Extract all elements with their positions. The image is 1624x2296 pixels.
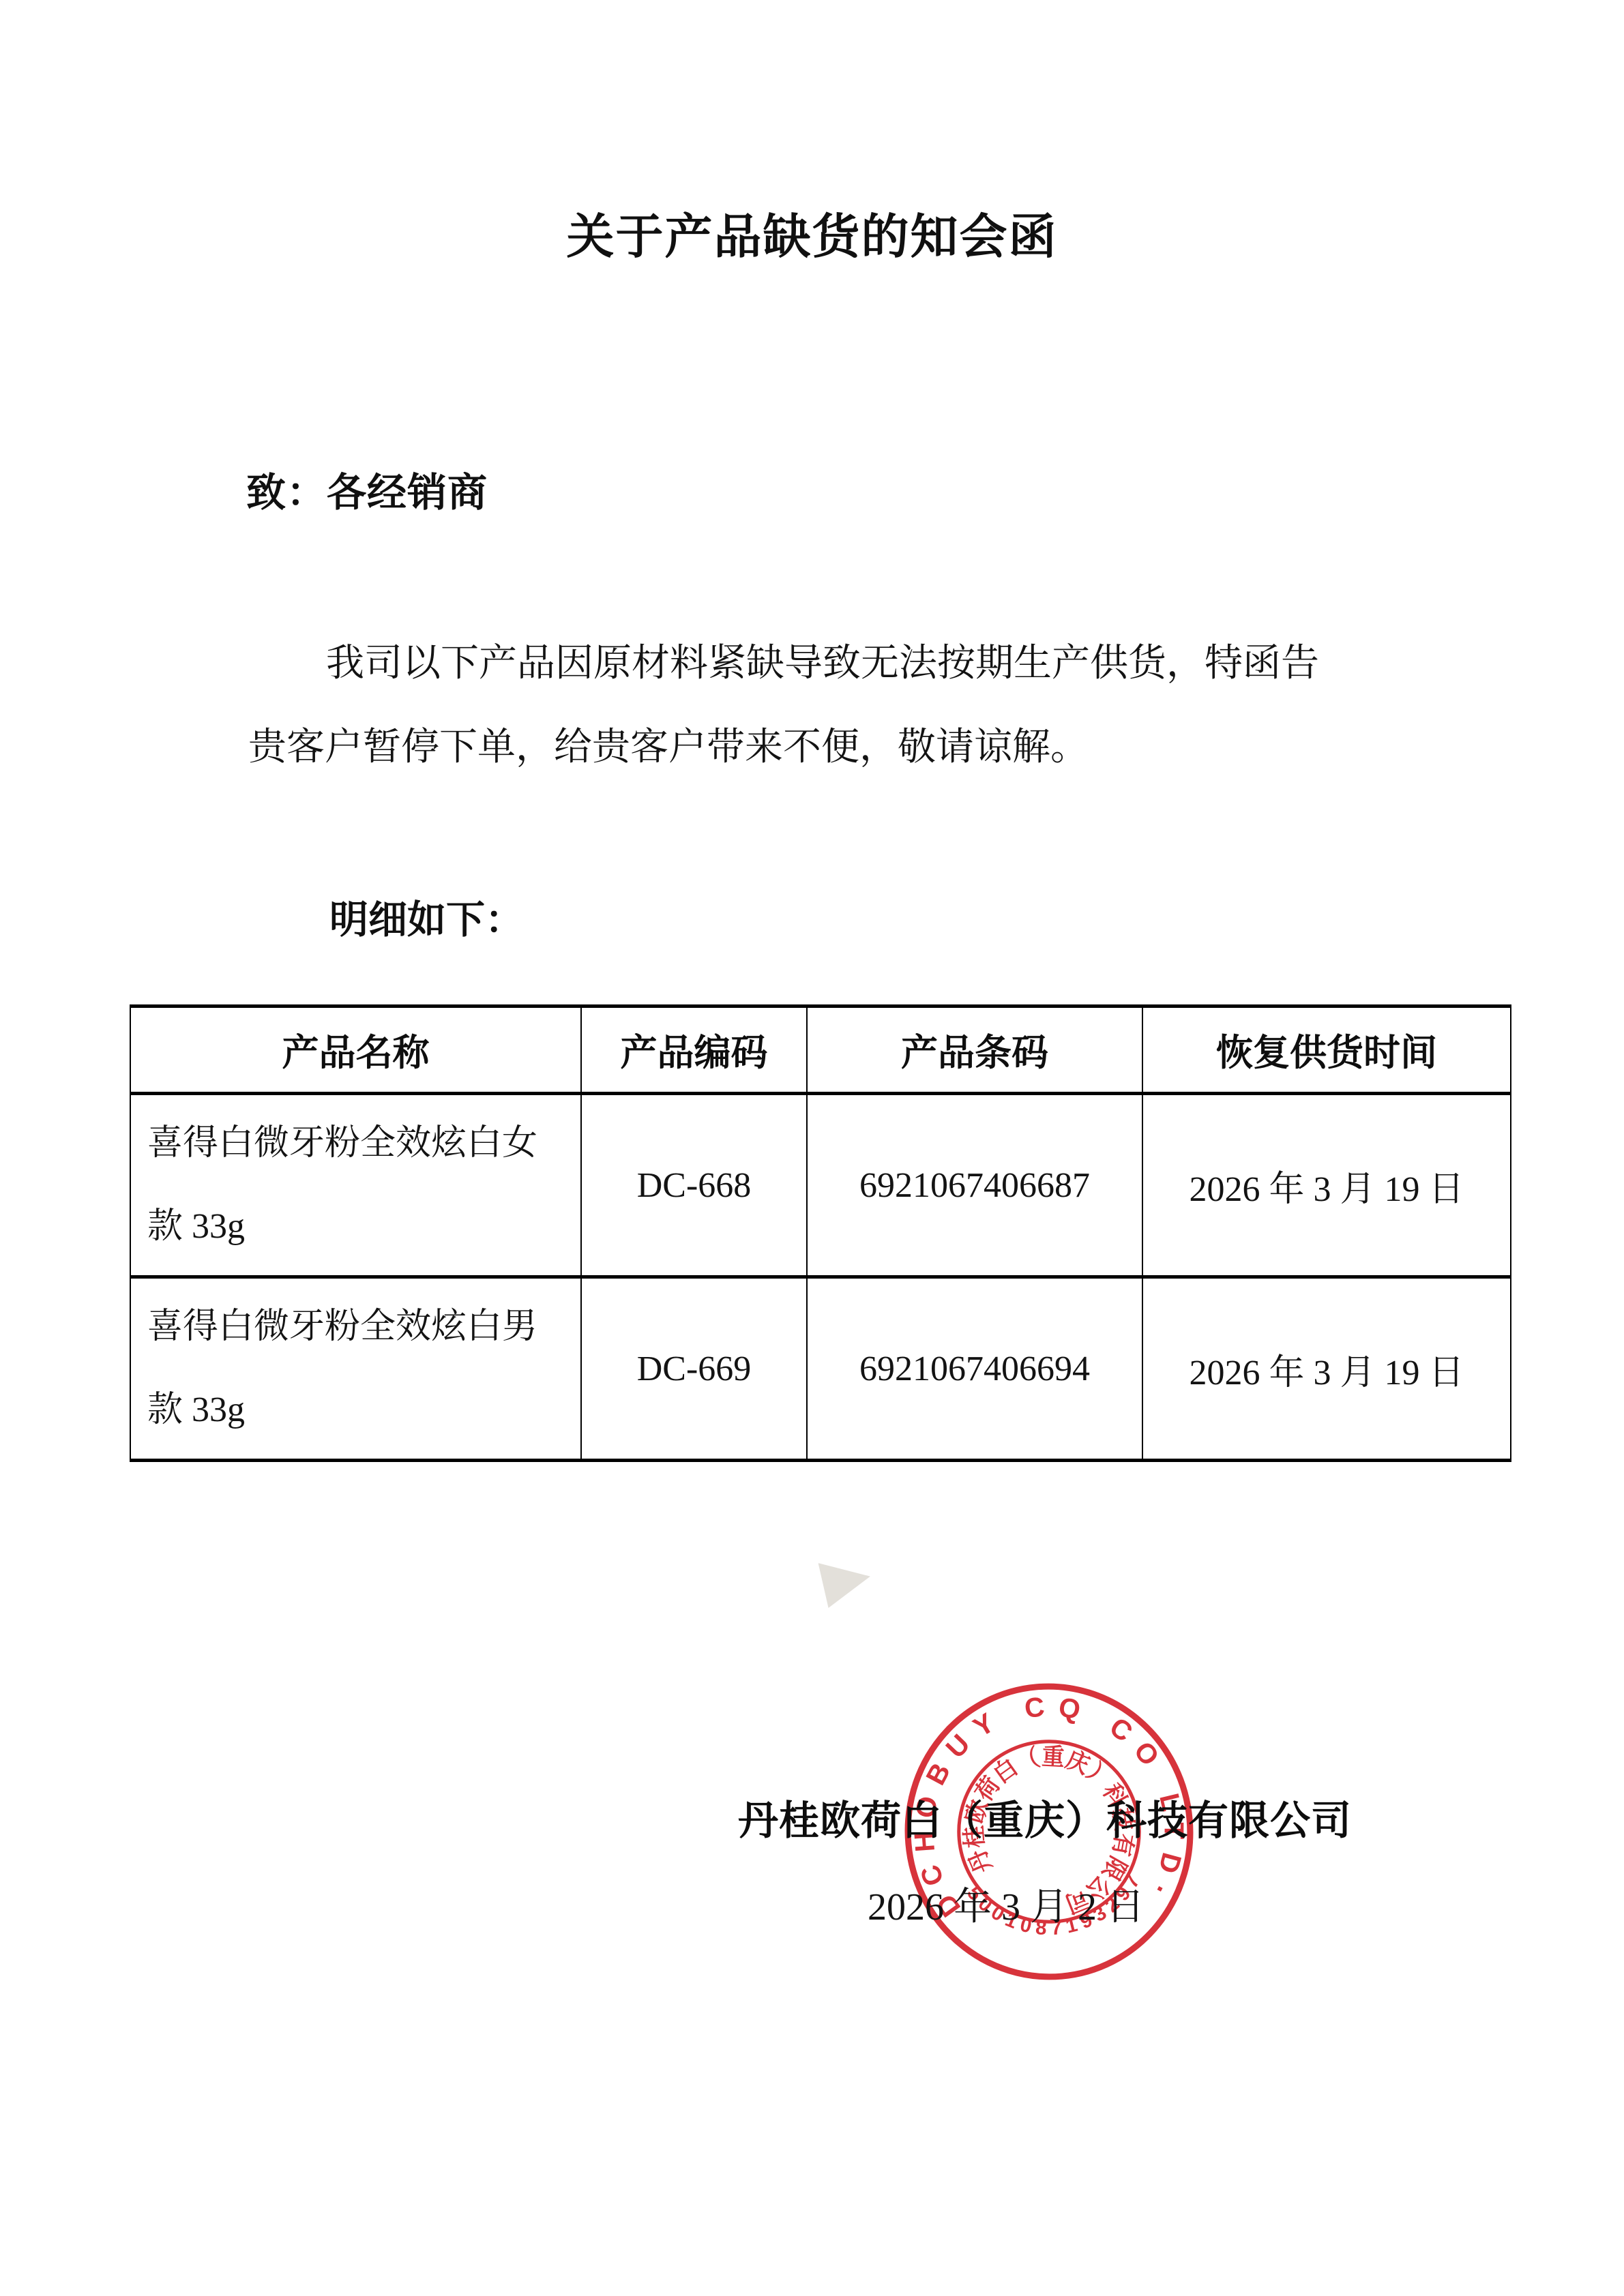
cell-product-name: 喜得白微牙粉全效炫白男款 33g	[130, 1277, 581, 1461]
cell-product-code: DC-668	[581, 1094, 807, 1277]
cell-resume-date: 2026 年 3 月 19 日	[1142, 1094, 1511, 1277]
cell-resume-date: 2026 年 3 月 19 日	[1142, 1277, 1511, 1461]
page-title: 关于产品缺货的知会函	[0, 209, 1624, 265]
col-header-product-name: 产品名称	[130, 1007, 581, 1094]
table-header-row: 产品名称 产品编码 产品条码 恢复供货时间	[130, 1007, 1511, 1094]
col-header-resume-date: 恢复供货时间	[1142, 1007, 1511, 1094]
cell-product-code: DC-669	[581, 1277, 807, 1461]
recipient-line: 致：各经销商	[246, 471, 488, 516]
table-row: 喜得白微牙粉全效炫白女款 33g DC-668 6921067406687 20…	[130, 1094, 1511, 1277]
cell-barcode: 6921067406687	[807, 1094, 1142, 1277]
cell-product-name: 喜得白微牙粉全效炫白女款 33g	[130, 1094, 581, 1277]
paper-smudge	[814, 1563, 871, 1612]
col-header-barcode: 产品条码	[807, 1007, 1142, 1094]
body-line-2: 贵客户暂停下单，给贵客户带来不便，敬请谅解。	[248, 706, 1394, 790]
product-table: 产品名称 产品编码 产品条码 恢复供货时间 喜得白微牙粉全效炫白女款 33g D…	[130, 1004, 1511, 1462]
document-page: 关于产品缺货的知会函 致：各经销商 我司以下产品因原材料紧缺导致无法按期生产供货…	[0, 0, 1624, 2296]
col-header-product-code: 产品编码	[581, 1007, 807, 1094]
table-row: 喜得白微牙粉全效炫白男款 33g DC-669 6921067406694 20…	[130, 1277, 1511, 1461]
cell-barcode: 6921067406694	[807, 1277, 1142, 1461]
signature-date: 2026 年 3 月 2 日	[868, 1886, 1145, 1928]
details-label: 明细如下：	[329, 897, 524, 944]
body-paragraph: 我司以下产品因原材料紧缺导致无法按期生产供货，特函告 贵客户暂停下单，给贵客户带…	[248, 622, 1394, 790]
body-line-1: 我司以下产品因原材料紧缺导致无法按期生产供货，特函告	[248, 622, 1394, 706]
signature-company: 丹桂欧荷白（重庆）科技有限公司	[738, 1799, 1352, 1843]
